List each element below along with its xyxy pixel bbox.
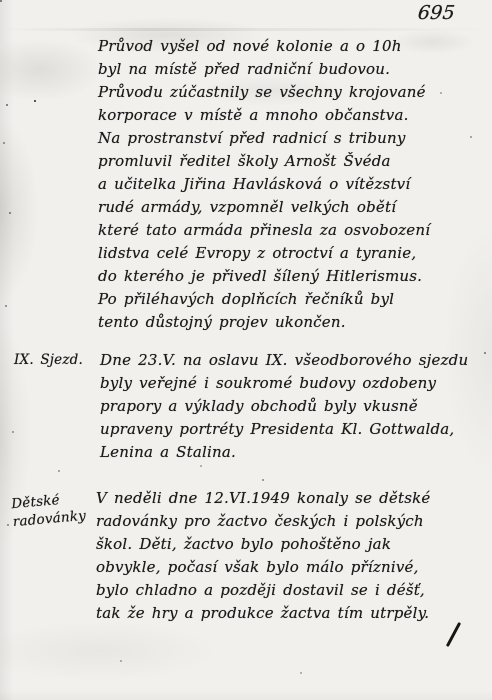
text-line: Průvod vyšel od nové kolonie a o 10h	[98, 35, 490, 58]
scan-streak	[0, 28, 492, 31]
text-line: V neděli dne 12.VI.1949 konaly se dětské	[96, 487, 490, 510]
text-line: prapory a výklady obchodů byly vkusně	[100, 395, 490, 418]
text-line: korporace v místě a mnoho občanstva.	[98, 104, 490, 127]
text-line: Dne 23.V. na oslavu IX. všeodborového sj…	[100, 349, 490, 372]
paragraph-ix-sjezd: Dne 23.V. na oslavu IX. všeodborového sj…	[100, 349, 490, 464]
margin-label-detske-radovanky: Dětské radovánky	[11, 489, 87, 531]
text-line: bylo chladno a později dostavil se i déš…	[96, 579, 490, 602]
text-line: tak že hry a produkce žactva tím utrpěly…	[96, 602, 490, 625]
text-line: tento důstojný projev ukončen.	[98, 311, 490, 334]
text-line: Lenina a Stalina.	[100, 441, 490, 464]
text-line: Na prostranství před radnicí s tribuny	[98, 127, 490, 150]
text-line: a učitelka Jiřina Havlásková o vítězství	[98, 173, 490, 196]
text-line: lidstva celé Evropy z otroctví a tyranie…	[98, 242, 490, 265]
text-line: radovánky pro žactvo českých i polských	[96, 510, 490, 533]
text-line: škol. Děti, žactvo bylo pohoštěno jak	[96, 533, 490, 556]
text-line: do kterého je přivedl šílený Hitlerismus…	[98, 265, 490, 288]
text-line: byly veřejné i soukromé budovy ozdobeny	[100, 372, 490, 395]
text-line: byl na místě před radniční budovou.	[98, 58, 490, 81]
scan-noise-specks	[0, 0, 2, 2]
scanned-chronicle-page: 695 Průvod vyšel od nové kolonie a o 10h…	[0, 0, 492, 700]
text-line: které tato armáda přinesla za osvobození	[98, 219, 490, 242]
text-line: Průvodu zúčastnily se všechny krojované	[98, 81, 490, 104]
text-line: upraveny portréty Presidenta Kl. Gottwal…	[100, 418, 490, 441]
page-number: 695	[417, 2, 456, 24]
pen-stroke-mark	[446, 622, 461, 647]
text-line: promluvil ředitel školy Arnošt Švéda	[98, 150, 490, 173]
text-line: Po přiléhavých doplňcích řečníků byl	[98, 288, 490, 311]
text-line: rudé armády, vzpomněl velkých obětí	[98, 196, 490, 219]
text-line: obvykle, počasí však bylo málo příznivé,	[96, 556, 490, 579]
paragraph-detske-radovanky: V neděli dne 12.VI.1949 konaly se dětské…	[96, 487, 490, 625]
margin-label-ix-sjezd: IX. Sjezd.	[14, 351, 83, 369]
paragraph-opening-ceremony: Průvod vyšel od nové kolonie a o 10h byl…	[98, 35, 490, 334]
